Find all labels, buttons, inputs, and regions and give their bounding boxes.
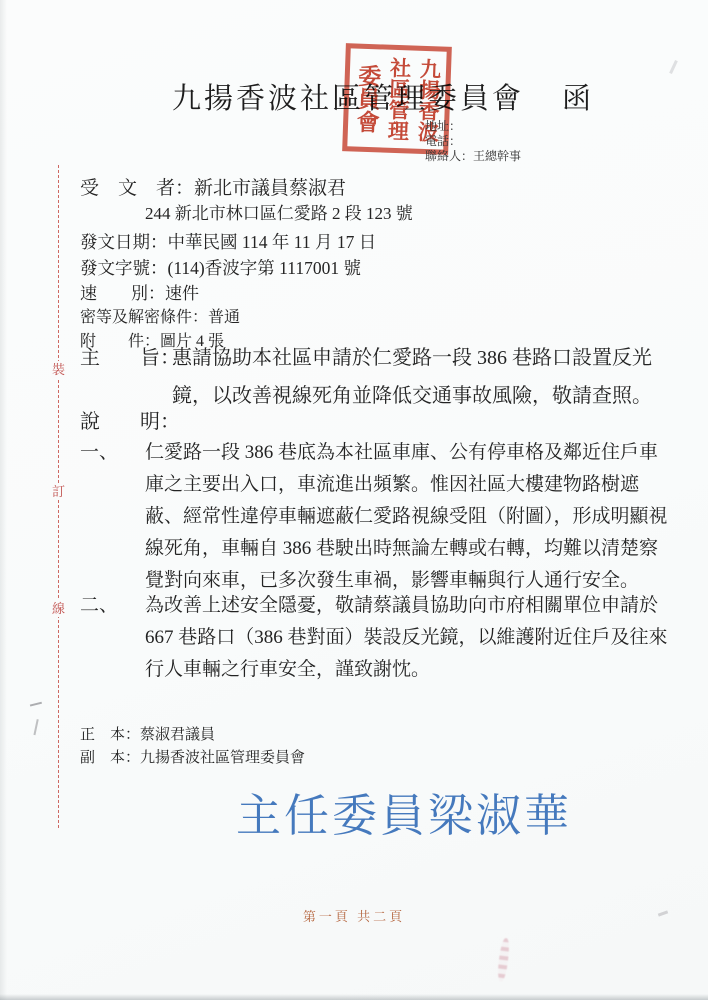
item-1-number: 一、: [80, 437, 145, 597]
scan-edge-shadow-bottom: [0, 994, 708, 1000]
item-2-text: 為改善上述安全隱憂，敬請蔡議員協助向市府相關單位申請於 667 巷路口（386 …: [145, 590, 668, 686]
scan-artifact-top-right: [669, 60, 678, 74]
binding-mark-zhuang: 裝: [51, 361, 66, 378]
duplicate-copy-line: 副 本：九揚香波社區管理委員會: [80, 747, 305, 770]
scan-artifact-left-mark: [30, 702, 44, 716]
scan-edge-shadow-left: [0, 0, 7, 1000]
binding-mark-ding: 訂: [51, 483, 66, 500]
explanation-item-1: 一、 仁愛路一段 386 巷底為本社區車庫、公有停車格及鄰近住戶車庫之主要出入口…: [80, 437, 668, 597]
document-meta: 受 文 者：新北市議員蔡淑君 244 新北市林口區仁愛路 2 段 123 號 發…: [80, 176, 413, 356]
scan-artifact-pink-smudge: [496, 938, 510, 983]
recipient-address-line: 244 新北市林口區仁愛路 2 段 123 號: [145, 203, 413, 225]
subject-label: 主 旨：: [80, 339, 172, 415]
scanned-letter-page: 九揚香波社區管理委員會函 九揚香波 社區管理 委員會 地址： 電話： 聯絡人：王…: [0, 0, 708, 1000]
document-title: 九揚香波社區管理委員會函: [172, 76, 594, 117]
issuer-name: 九揚香波社區管理委員會: [172, 83, 524, 115]
copies-block: 正 本：蔡淑君議員 副 本：九揚香波社區管理委員會: [80, 724, 305, 770]
chairperson-signature: 主任委員梁淑華: [236, 779, 572, 844]
original-copy-line: 正 本：蔡淑君議員: [80, 724, 305, 747]
item-1-text: 仁愛路一段 386 巷底為本社區車庫、公有停車格及鄰近住戶車庫之主要出入口，車流…: [145, 437, 668, 597]
priority-line: 速 別：速件: [80, 283, 413, 305]
issue-date-line: 發文日期：中華民國 114 年 11 月 17 日: [80, 231, 413, 253]
subject-text: 惠請協助本社區申請於仁愛路一段 386 巷路口設置反光鏡，以改善視線死角並降低交…: [172, 339, 675, 415]
contact-block: 地址： 電話： 聯絡人：王總幹事: [425, 119, 521, 164]
item-2-number: 二、: [80, 590, 145, 686]
security-class-line: 密等及解密條件：普通: [80, 307, 413, 329]
contact-phone: 電話：: [425, 134, 521, 149]
page-number: 第一頁 共二頁: [0, 906, 708, 925]
recipient-line: 受 文 者：新北市議員蔡淑君: [80, 176, 413, 201]
scan-artifact-left-mark-2: [33, 719, 46, 737]
document-number-line: 發文字號：(114)香波字第 1117001 號: [80, 257, 413, 279]
contact-address: 地址：: [425, 119, 521, 134]
explanation-label: 說 明：: [80, 405, 180, 434]
subject-paragraph: 主 旨： 惠請協助本社區申請於仁愛路一段 386 巷路口設置反光鏡，以改善視線死…: [80, 339, 675, 415]
contact-liaison: 聯絡人：王總幹事: [425, 149, 521, 164]
document-type-label: 函: [562, 83, 594, 115]
explanation-item-2: 二、 為改善上述安全隱憂，敬請蔡議員協助向市府相關單位申請於 667 巷路口（3…: [80, 590, 668, 686]
binding-mark-xian: 線: [51, 600, 66, 617]
